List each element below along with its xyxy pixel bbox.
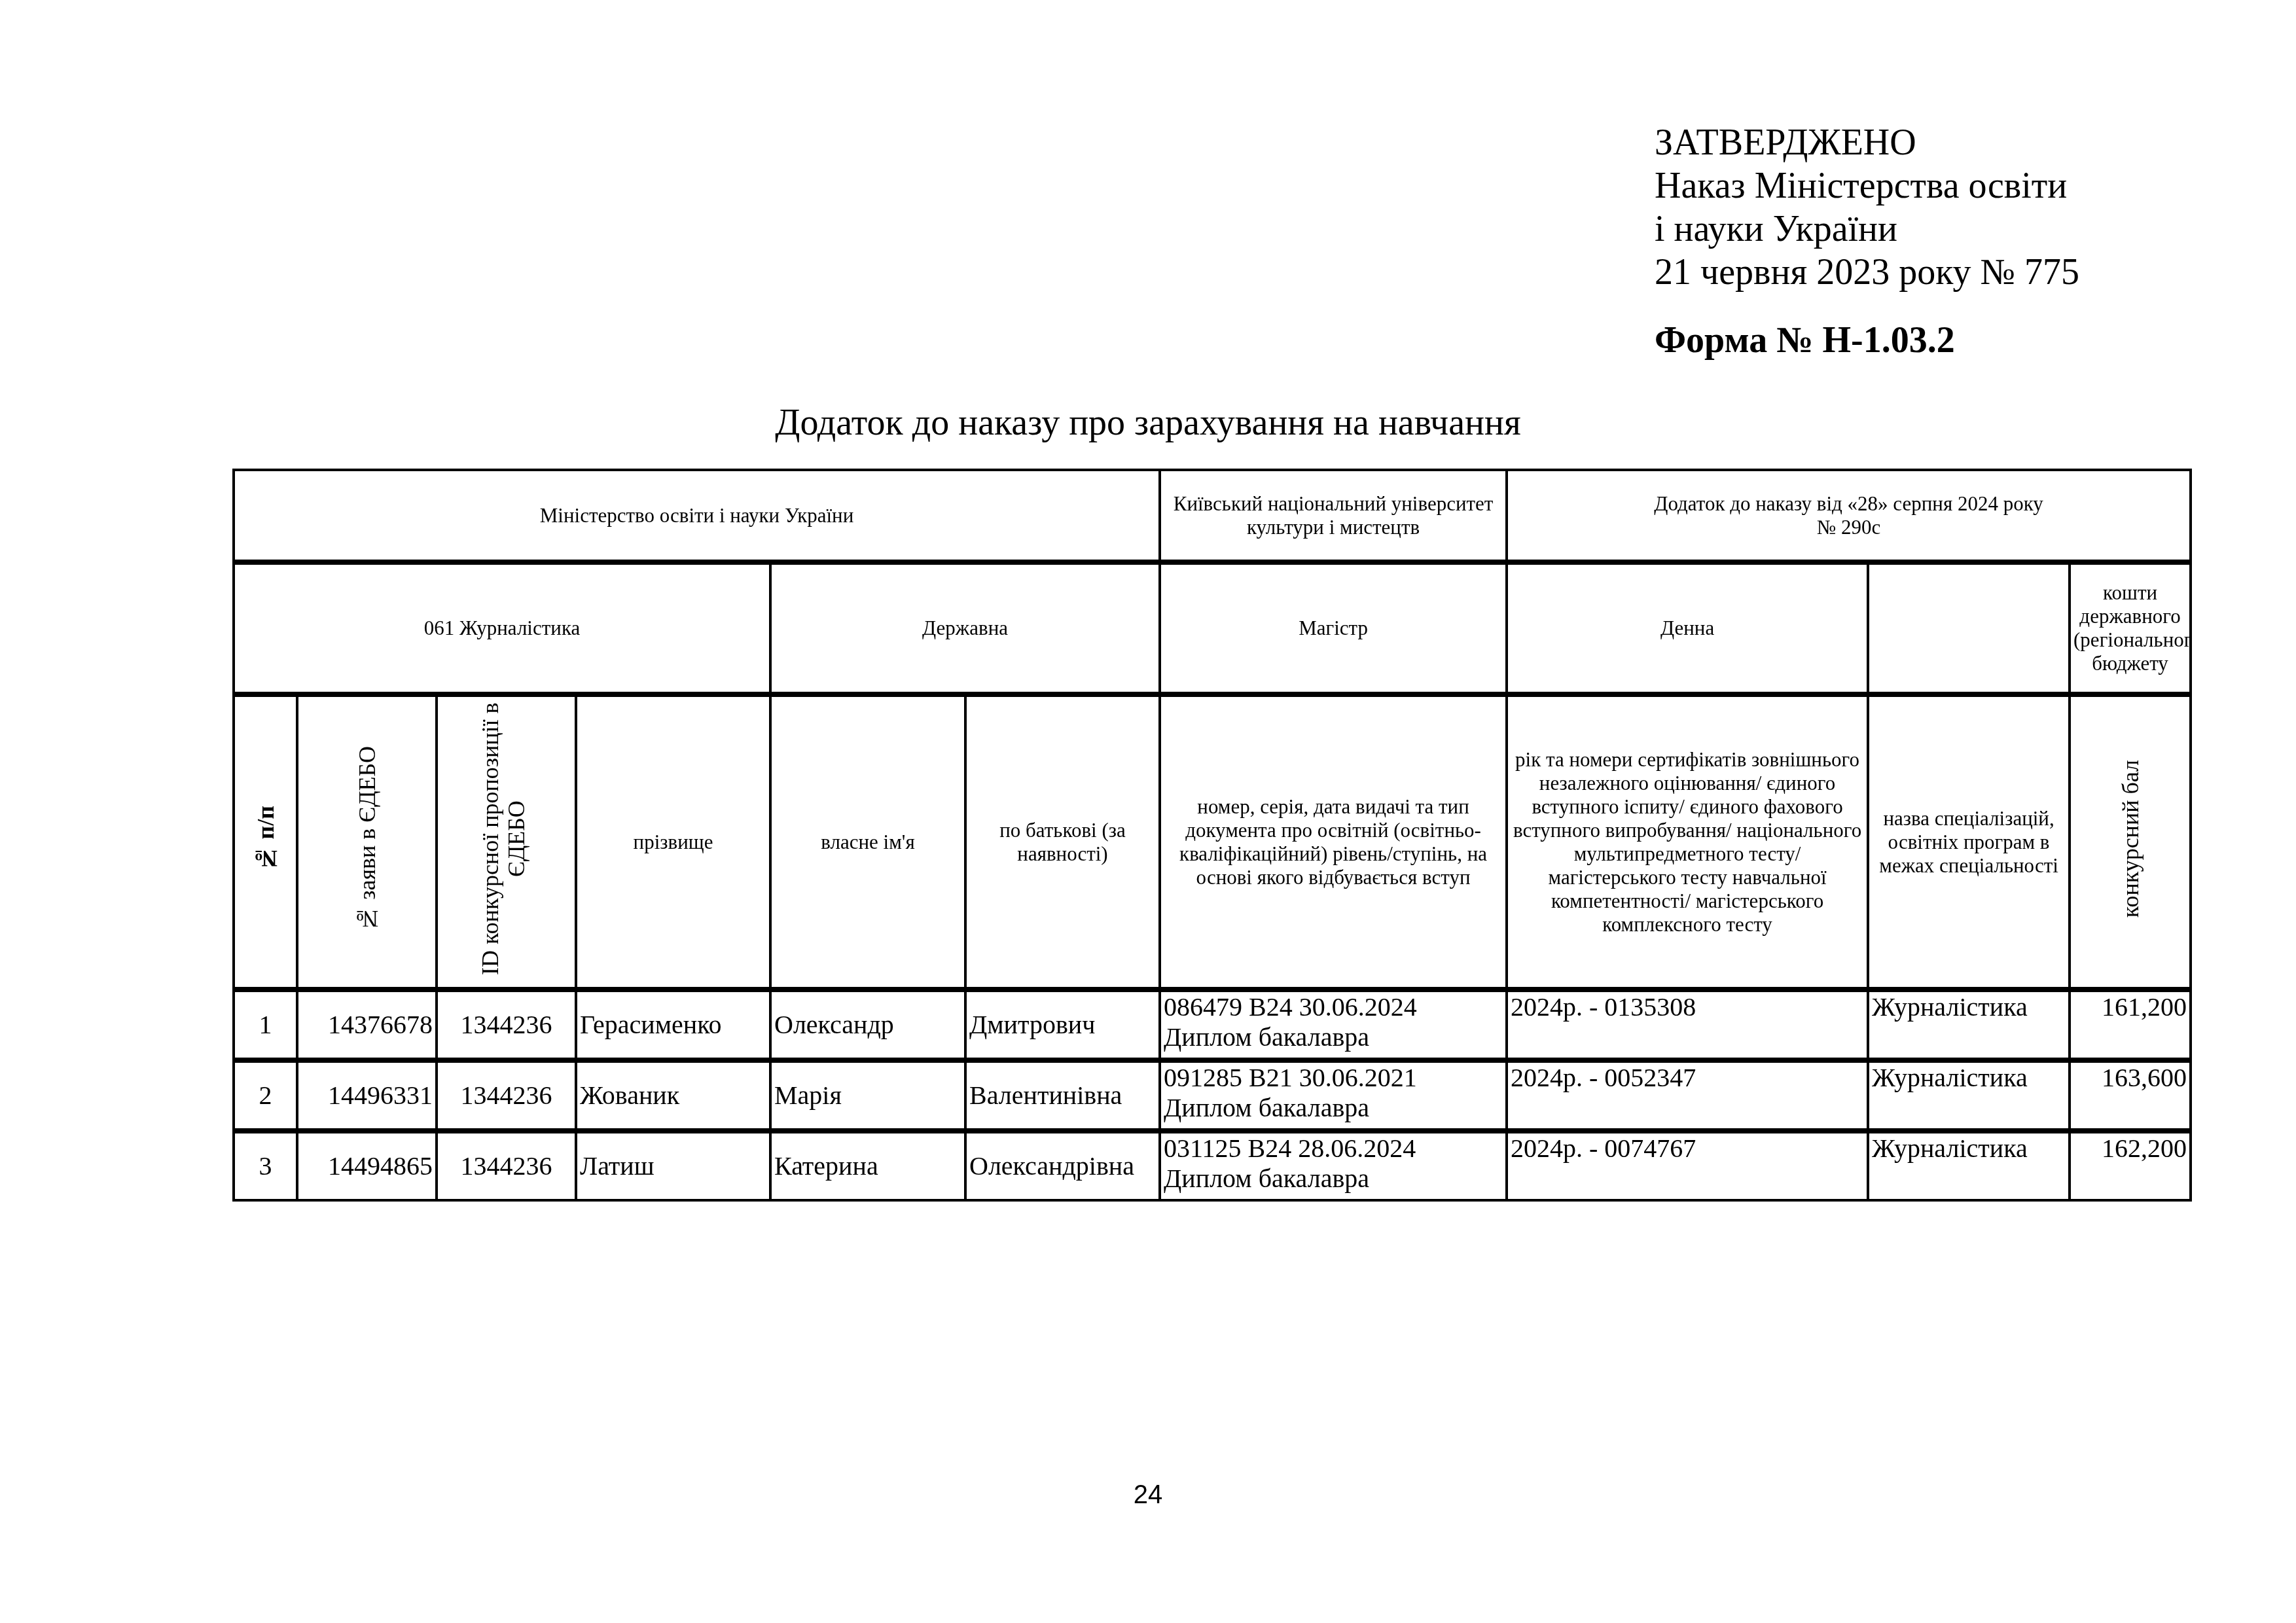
column-header-row: № п/п № заяви в ЄДЕБО ID конкурсної проп… — [234, 694, 2191, 990]
row-score: 161,200 — [2070, 990, 2191, 1060]
row-document-type: Диплом бакалавра — [1164, 1022, 1503, 1052]
row-app-no: 14376678 — [297, 990, 437, 1060]
col-score-label: конкурсний бал — [2117, 760, 2144, 918]
row-offer-id: 1344236 — [437, 990, 576, 1060]
row-specialization: Журналістика — [1868, 1131, 2070, 1200]
approval-order-date: 21 червня 2023 року № 775 — [1655, 251, 2079, 294]
row-surname: Герасименко — [576, 990, 770, 1060]
table-row: 3 14494865 1344236 Латиш Катерина Олекса… — [234, 1131, 2191, 1200]
col-app-no: № заяви в ЄДЕБО — [297, 694, 437, 990]
empty-cell — [1868, 562, 2070, 694]
row-num: 1 — [234, 990, 297, 1060]
row-offer-id: 1344236 — [437, 1060, 576, 1131]
col-num: № п/п — [234, 694, 297, 990]
approval-order-line: і науки України — [1655, 207, 2079, 251]
row-app-no: 14496331 — [297, 1060, 437, 1131]
degree-cell: Магістр — [1160, 562, 1507, 694]
order-cell: Додаток до наказу від «28» серпня 2024 р… — [1507, 470, 2191, 562]
row-document-type: Диплом бакалавра — [1164, 1164, 1503, 1194]
page-number: 24 — [0, 1480, 2296, 1510]
form-number: Форма № Н-1.03.2 — [1655, 319, 1955, 361]
approval-order-line: Наказ Міністерства освіти — [1655, 164, 2079, 207]
ministry-cell: Міністерство освіти і науки України — [234, 470, 1160, 562]
document-title: Додаток до наказу про зарахування на нав… — [0, 402, 2296, 444]
col-surname: прізвище — [576, 694, 770, 990]
specialty-cell: 061 Журналістика — [234, 562, 770, 694]
row-offer-id: 1344236 — [437, 1131, 576, 1200]
row-certificate: 2024р. - 0052347 — [1507, 1060, 1868, 1131]
enrollment-table: Міністерство освіти і науки України Київ… — [232, 469, 2192, 1202]
order-number: № 290с — [1511, 516, 2187, 539]
header-row-program: 061 Журналістика Державна Магістр Денна … — [234, 562, 2191, 694]
row-document-type: Диплом бакалавра — [1164, 1093, 1503, 1123]
table-row: 2 14496331 1344236 Жованик Марія Валенти… — [234, 1060, 2191, 1131]
row-surname: Жованик — [576, 1060, 770, 1131]
col-first-name: власне ім'я — [770, 694, 965, 990]
ownership-cell: Державна — [770, 562, 1160, 694]
col-num-label: № п/п — [253, 806, 279, 872]
col-patronymic: по батькові (за наявності) — [965, 694, 1160, 990]
funding-cell: кошти державного (регіонального) бюджету — [2070, 562, 2191, 694]
row-first-name: Марія — [770, 1060, 965, 1131]
row-app-no: 14494865 — [297, 1131, 437, 1200]
row-score: 163,600 — [2070, 1060, 2191, 1131]
row-specialization: Журналістика — [1868, 990, 2070, 1060]
row-num: 3 — [234, 1131, 297, 1200]
row-surname: Латиш — [576, 1131, 770, 1200]
col-document: номер, серія, дата видачі та тип докумен… — [1160, 694, 1507, 990]
col-offer-id: ID конкурсної пропозиції в ЄДЕБО — [437, 694, 576, 990]
study-form-cell: Денна — [1507, 562, 1868, 694]
row-patronymic: Олександрівна — [965, 1131, 1160, 1200]
table-row: 1 14376678 1344236 Герасименко Олександр… — [234, 990, 2191, 1060]
row-first-name: Олександр — [770, 990, 965, 1060]
col-specialization: назва спеціалізацій, освітніх програм в … — [1868, 694, 2070, 990]
row-score: 162,200 — [2070, 1131, 2191, 1200]
row-num: 2 — [234, 1060, 297, 1131]
col-score: конкурсний бал — [2070, 694, 2191, 990]
header-row-institution: Міністерство освіти і науки України Київ… — [234, 470, 2191, 562]
approval-stamp: ЗАТВЕРДЖЕНО Наказ Міністерства освіти і … — [1655, 121, 2079, 294]
row-specialization: Журналістика — [1868, 1060, 2070, 1131]
row-certificate: 2024р. - 0135308 — [1507, 990, 1868, 1060]
row-document: 091285 В21 30.06.2021 Диплом бакалавра — [1160, 1060, 1507, 1131]
col-offer-id-label: ID конкурсної пропозиції в ЄДЕБО — [477, 698, 536, 980]
university-cell: Київський національний університет культ… — [1160, 470, 1507, 562]
row-patronymic: Дмитрович — [965, 990, 1160, 1060]
col-app-no-label: № заяви в ЄДЕБО — [354, 746, 380, 932]
row-certificate: 2024р. - 0074767 — [1507, 1131, 1868, 1200]
row-document: 031125 В24 28.06.2024 Диплом бакалавра — [1160, 1131, 1507, 1200]
row-patronymic: Валентинівна — [965, 1060, 1160, 1131]
approval-heading: ЗАТВЕРДЖЕНО — [1655, 121, 2079, 164]
order-date: Додаток до наказу від «28» серпня 2024 р… — [1511, 492, 2187, 516]
row-document-number: 091285 В21 30.06.2021 — [1164, 1063, 1503, 1093]
row-first-name: Катерина — [770, 1131, 965, 1200]
row-document: 086479 В24 30.06.2024 Диплом бакалавра — [1160, 990, 1507, 1060]
row-document-number: 086479 В24 30.06.2024 — [1164, 992, 1503, 1022]
col-certificates: рік та номери сертифікатів зовнішнього н… — [1507, 694, 1868, 990]
row-document-number: 031125 В24 28.06.2024 — [1164, 1133, 1503, 1164]
